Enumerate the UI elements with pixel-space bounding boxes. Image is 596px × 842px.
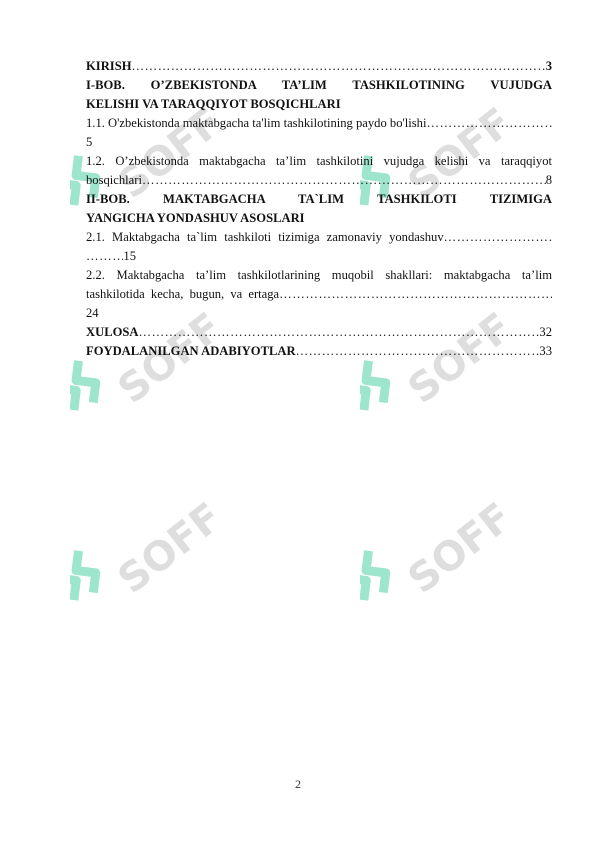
toc-entry-adabiyotlar[interactable]: FOYDALANILGAN ADABIYOTLAR ……………………………………… xyxy=(86,342,552,361)
page-ref: 8 xyxy=(546,171,552,190)
toc-entry-chapter-1[interactable]: I-BOB. O’ZBEKISTONDA TA’LIM TASHKILOTINI… xyxy=(86,76,552,114)
toc-entry-kirish[interactable]: KIRISH ………………………………………………………………………………………… xyxy=(86,57,552,76)
toc-entry-chapter-2[interactable]: II-BOB. MAKTABGACHA TA`LIM TASHKILOTI TI… xyxy=(86,190,552,228)
page-number: 2 xyxy=(0,777,596,792)
toc-entry-1-2[interactable]: 1.2. O’zbekistonda maktabgacha ta’lim ta… xyxy=(86,152,552,190)
svg-text:SOFF: SOFF xyxy=(400,494,521,603)
soff-watermark: SOFF xyxy=(70,490,300,620)
table-of-contents: KIRISH ………………………………………………………………………………………… xyxy=(86,57,552,361)
document-page: SOFF SOFF SOFF SOFF SOFF SOFF KIRISH ………… xyxy=(0,0,596,842)
page-ref: 24 xyxy=(86,304,552,323)
toc-entry-2-1[interactable]: 2.1. Maktabgacha ta`lim tashkiloti tizim… xyxy=(86,228,552,266)
dot-leader: …………………………………………………………………………………………………………… xyxy=(86,247,123,266)
toc-entry-2-2[interactable]: 2.2. Maktabgacha ta’lim tashkilotlarinin… xyxy=(86,266,552,323)
svg-text:SOFF: SOFF xyxy=(110,494,231,603)
dot-leader: …………………………………………………………………………………………………………… xyxy=(296,342,540,361)
page-ref: 32 xyxy=(539,323,552,342)
toc-entry-1-1[interactable]: 1.1. O'zbekistonda maktabgacha ta'lim ta… xyxy=(86,114,552,152)
soff-watermark: SOFF xyxy=(360,490,590,620)
dot-leader: …………………………………………………………………………………………………………… xyxy=(279,285,552,304)
dot-leader: …………………………………………………………………………………………………………… xyxy=(142,171,546,190)
page-ref: 5 xyxy=(86,133,552,152)
dot-leader: …………………………………………………………………………………………………………… xyxy=(444,228,552,247)
dot-leader: …………………………………………………………………………………………………………… xyxy=(426,114,552,133)
dot-leader: …………………………………………………………………………………………………………… xyxy=(138,323,539,342)
dot-leader: …………………………………………………………………………………………………………… xyxy=(132,57,546,76)
page-ref: 33 xyxy=(539,342,552,361)
page-ref: 15 xyxy=(123,247,136,266)
page-ref: 3 xyxy=(546,57,552,76)
toc-entry-xulosa[interactable]: XULOSA ………………………………………………………………………………………… xyxy=(86,323,552,342)
